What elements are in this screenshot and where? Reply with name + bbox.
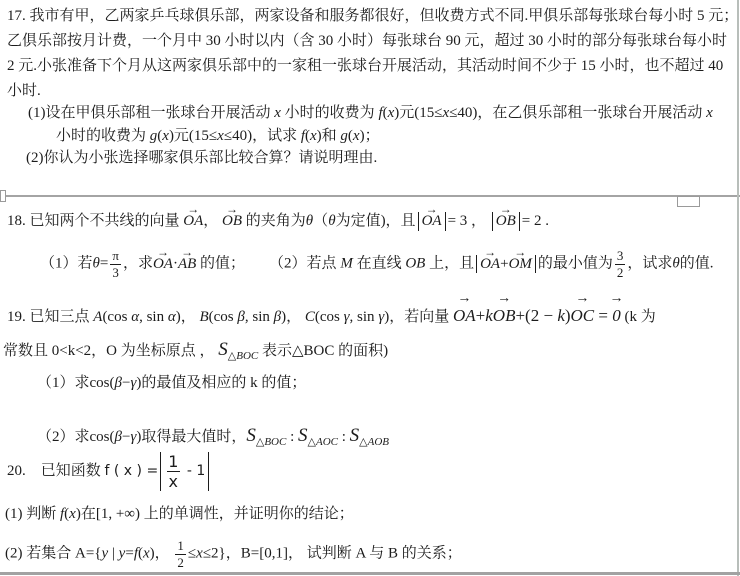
vector-OC: →OC (571, 305, 595, 326)
math-var: β (115, 375, 122, 391)
text-run: 常数且 0<k<2，O 为坐标原点 ， (3, 343, 218, 359)
vector-arrow-icon: → (575, 292, 589, 306)
vector-arrow-icon: → (187, 203, 199, 215)
text-run: ≤2}，B=[0,1]， 试判断 A 与 B 的关系； (203, 546, 462, 562)
subscript: △BOC (228, 350, 258, 362)
vector-arrow-icon: → (497, 292, 511, 306)
text-run: = (594, 306, 612, 325)
absolute-value: →OB (492, 212, 520, 231)
text-run: (cos (102, 309, 131, 325)
text-run: = 2 . (522, 213, 549, 229)
math-var: x (274, 105, 281, 121)
q20-sub2-line: (2) 若集合 A={y | y=f(x)， 12≤x≤2}，B=[0,1]， … (5, 538, 462, 570)
q20-sub1-line: (1) 判断 f(x)在[1, +∞) 上的单调性，并证明你的结论； (5, 505, 354, 524)
text-run: 的值； (196, 256, 245, 272)
text-run: : (286, 429, 298, 445)
vector-arrow-icon: → (181, 246, 193, 258)
text-run: + (476, 306, 486, 325)
q18-line-1: 18. 已知两个不共线的向量 →OA， →OB 的夹角为θ（θ为定值)，且→OA… (7, 212, 549, 231)
text-run: ≤40)，在乙俱乐部租一张球台开展活动 (449, 105, 706, 121)
q17-sub1-line-1: (1)设在甲俱乐部租一张球台开展活动 x 小时的收费为 f(x)元(15≤x≤4… (28, 104, 713, 123)
text-run: 的最小值为 (538, 256, 613, 272)
text-run: (cos (209, 309, 238, 325)
vector-arrow-icon: → (226, 203, 238, 215)
math-var: S (350, 425, 360, 446)
text-run: 20. 已知函数 (7, 463, 105, 479)
text-run: (k 为 (621, 309, 656, 325)
text-run: （2）求cos( (37, 429, 115, 445)
q19-sub1-line: （1）求cos(β−γ)的最值及相应的 k 的值； (37, 374, 306, 393)
text-run: 小时的收费为 (281, 105, 379, 121)
text-run: )元(15≤ (394, 105, 442, 121)
vector-OM: →OM (509, 255, 532, 274)
math-var: S (218, 339, 228, 360)
q17-line-3: 2 元.小张准备下个月从这两家俱乐部中的一家租一张球台开展活动，其活动时间不少于… (7, 57, 723, 76)
q18-line-2: （1）若θ=π3，求→OA·→AB 的值；（2）若点 M 在直线 OB 上，且→… (40, 248, 714, 280)
text-run: 在直线 (353, 256, 406, 272)
page-edge-line (737, 0, 739, 576)
subscript: △BOC (256, 436, 286, 448)
q19-line-2: 常数且 0<k<2，O 为坐标原点 ， S△BOC 表示△BOC 的面积) (3, 338, 388, 362)
vector-arrow-icon: → (457, 292, 471, 306)
q17-sub2-line: (2)你认为小张选择哪家俱乐部比较合算？请说明理由. (26, 149, 377, 168)
vector-0: →0 (612, 305, 621, 326)
math-var: M (340, 256, 353, 272)
math-var: OB (405, 256, 425, 272)
text-run: 上，且 (425, 256, 474, 272)
text-run: 的夹角为 (242, 213, 306, 229)
fraction-numerator: π (110, 248, 121, 264)
text-run: f ( x ) = (105, 463, 159, 479)
q19-sub2-line: （2）求cos(β−γ)取得最大值时，S△BOC : S△AOC : S△AOB (37, 424, 389, 448)
text-run: ≤ (188, 546, 196, 562)
vector-arrow-icon: → (610, 292, 624, 306)
text-run: (1)设在甲俱乐部租一张球台开展活动 (28, 105, 274, 121)
math-var: α (168, 309, 176, 325)
math-var: x (196, 546, 203, 562)
vector-arrow-icon: → (426, 203, 438, 215)
vector-OA: →OA (183, 212, 203, 231)
q17-line-2: 乙俱乐部按月计费，一个月中 30 小时以内（含 30 小时）每张球台 90 元，… (7, 32, 727, 51)
math-var: x (706, 105, 713, 121)
math-var: θ (328, 213, 335, 229)
text-run: )和 (317, 128, 341, 144)
math-var: x (162, 128, 169, 144)
page-break-divider (0, 195, 740, 197)
text-run: 表示△BOC 的面积) (258, 343, 388, 359)
text-run: )， (176, 309, 200, 325)
math-var: β (237, 309, 244, 325)
vector-arrow-icon: → (484, 246, 496, 258)
text-run: = (125, 546, 133, 562)
text-run: （1）求cos( (37, 375, 115, 391)
text-run: )，若向量 (384, 309, 453, 325)
math-var: g (340, 128, 348, 144)
math-var: S (298, 425, 308, 446)
text-run: | (108, 546, 119, 562)
absolute-value: 1x - 1 (160, 452, 209, 491)
fraction-numerator: 3 (615, 248, 626, 264)
document-page: 17. 我市有甲，乙两家乒乓球俱乐部，两家设备和服务都很好，但收费方式不同.甲俱… (0, 0, 740, 576)
fraction: 12 (175, 538, 186, 570)
fraction: 1x (166, 452, 180, 491)
absolute-value: →OA+→OM (476, 255, 536, 274)
math-var: C (305, 309, 315, 325)
text-run: ， (203, 213, 222, 229)
page-bottom-edge (0, 572, 740, 575)
text-run: )取得最大值时， (136, 429, 246, 445)
fraction: π3 (110, 248, 121, 280)
text-run: = 3 ， (448, 213, 490, 229)
fraction-denominator: 2 (175, 554, 186, 571)
fraction-denominator: x (167, 471, 180, 491)
text-run: )在[1, +∞) 上的单调性，并证明你的结论； (76, 506, 354, 522)
vector-arrow-icon: → (157, 246, 169, 258)
math-var: x (143, 546, 150, 562)
vector-OB: →OB (493, 305, 516, 326)
q20-line-1: 20. 已知函数 f ( x ) =1x - 1 (7, 452, 211, 491)
text-run: ，求 (123, 256, 153, 272)
text-run: +(2 − (515, 306, 557, 325)
text-run: (1) 判断 (5, 506, 60, 522)
q17-line-1: 17. 我市有甲，乙两家乒乓球俱乐部，两家设备和服务都很好，但收费方式不同.甲俱… (7, 7, 738, 26)
text-run: = (100, 256, 108, 272)
text-run: : (338, 429, 350, 445)
q19-line-1: 19. 已知三点 A(cos α, sin α)， B(cos β, sin β… (7, 305, 656, 327)
text-run: （2）若点 (269, 256, 340, 272)
text-run: ≤40)，试求 (224, 128, 301, 144)
q17-line-4: 小时. (7, 82, 41, 101)
vector-OB: →OB (222, 212, 242, 231)
text-run: 18. 已知两个不共线的向量 (7, 213, 183, 229)
vector-OA: →OA (453, 305, 476, 326)
subscript: △AOB (359, 436, 389, 448)
math-var: x (69, 506, 76, 522)
vector-OA: →OA (153, 255, 173, 274)
vector-arrow-icon: → (514, 246, 526, 258)
text-run: 的值. (680, 256, 714, 272)
math-var: S (246, 425, 256, 446)
text-run: + (500, 255, 508, 274)
fraction-numerator: 1 (175, 538, 186, 554)
math-var: α (131, 309, 139, 325)
text-run: )元(15≤ (169, 128, 217, 144)
fraction: 32 (615, 248, 626, 280)
text-run: （1）若 (40, 256, 93, 272)
text-run: - 1 (182, 463, 205, 481)
math-var: x (353, 128, 360, 144)
vector-base: OB (493, 306, 516, 325)
q17-sub1-line-2: 小时的收费为 g(x)元(15≤x≤40)，试求 f(x)和 g(x)； (56, 127, 380, 146)
text-run: 小时的收费为 (56, 128, 150, 144)
math-var: θ (672, 256, 679, 272)
vector-arrow-icon: → (500, 203, 512, 215)
absolute-value: →OA (418, 212, 446, 231)
text-run: , sin (350, 309, 379, 325)
text-run: (cos (315, 309, 344, 325)
fraction-numerator: 1 (166, 452, 180, 471)
math-var: β (274, 309, 281, 325)
math-var: θ (93, 256, 100, 272)
text-run: , sin (245, 309, 274, 325)
text-run: , sin (139, 309, 168, 325)
margin-mark-right-icon (677, 196, 700, 207)
text-run: 19. 已知三点 (7, 309, 93, 325)
margin-mark-left-icon (0, 190, 6, 202)
fraction-denominator: 2 (615, 264, 626, 281)
text-run: )； (360, 128, 380, 144)
math-var: B (199, 309, 208, 325)
text-run: )， (281, 309, 305, 325)
math-var: x (310, 128, 317, 144)
text-run: （ (313, 213, 328, 229)
text-run: (2)你认为小张选择哪家俱乐部比较合算？请说明理由. (26, 150, 377, 166)
vector-OA: →OA (480, 255, 500, 274)
vector-base: 0 (612, 306, 621, 325)
fraction-denominator: 3 (110, 264, 121, 281)
math-var: k (485, 306, 493, 325)
math-var: k (557, 306, 565, 325)
vector-OB: →OB (496, 212, 516, 231)
vector-base: OC (571, 306, 595, 325)
vector-AB: →AB (178, 255, 196, 274)
text-run: ，试求 (627, 256, 672, 272)
text-run: )的最值及相应的 k 的值； (136, 375, 306, 391)
subscript: △AOC (308, 436, 338, 448)
text-run: (2) 若集合 A={ (5, 546, 101, 562)
vector-OA: →OA (422, 212, 442, 231)
text-run: )， (150, 546, 174, 562)
vector-base: OA (453, 306, 476, 325)
text-run: 为定值)，且 (336, 213, 416, 229)
math-var: β (115, 429, 122, 445)
math-var: x (217, 128, 224, 144)
